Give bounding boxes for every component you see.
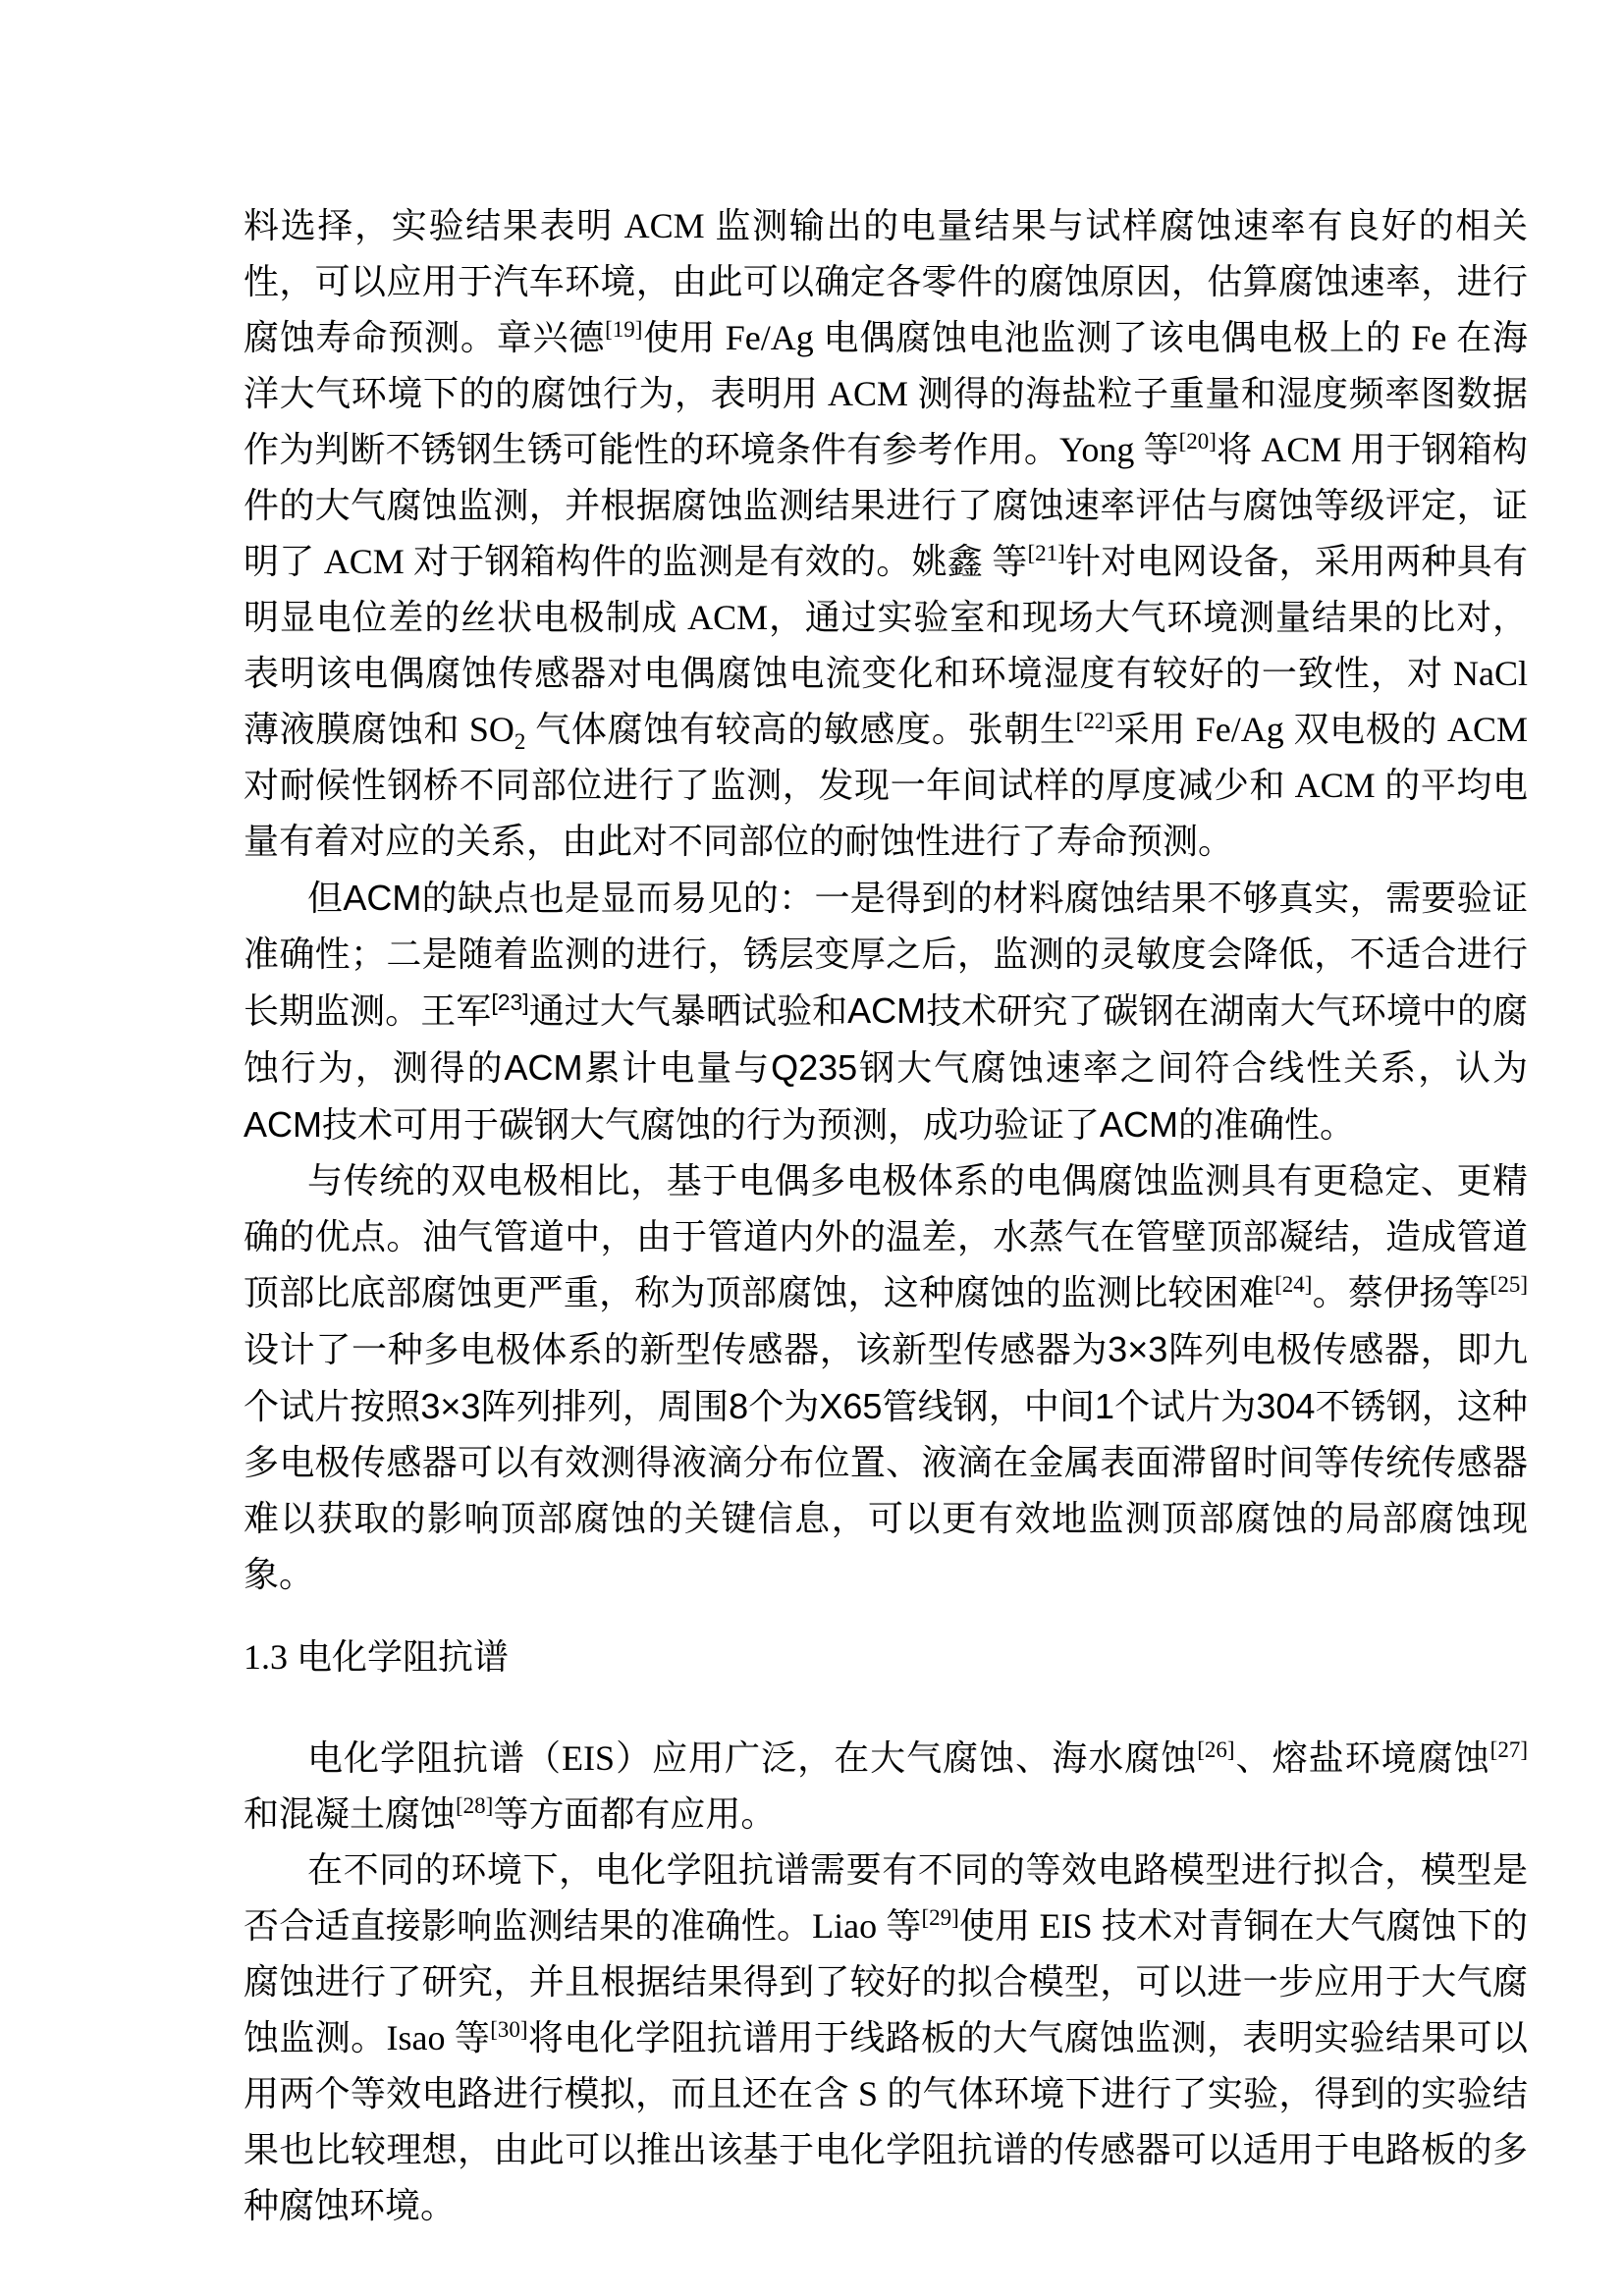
reference-superscript: [25] xyxy=(1490,1272,1528,1297)
text-run: ACM xyxy=(847,990,926,1031)
text-run: 管线钢，中间 xyxy=(882,1387,1095,1426)
text-run: ACM xyxy=(343,878,421,918)
text-run: 8 xyxy=(729,1386,748,1426)
text-run: ACM xyxy=(505,1047,583,1088)
chemical-subscript: 2 xyxy=(514,729,526,754)
reference-superscript: [20] xyxy=(1179,429,1217,454)
reference-superscript: [28] xyxy=(456,1793,493,1818)
text-run: 等方面都有应用。 xyxy=(493,1794,776,1834)
reference-superscript: [22] xyxy=(1076,709,1113,733)
text-run: 通过大气暴晒试验和 xyxy=(529,991,847,1031)
reference-superscript: [26] xyxy=(1197,1737,1234,1762)
document-content: 料选择，实验结果表明 ACM 监测输出的电量结果与试样腐蚀速率有良好的相关性，可… xyxy=(244,198,1528,2234)
reference-superscript: [30] xyxy=(490,2017,527,2042)
text-run: 1 xyxy=(1095,1386,1114,1426)
text-run: ACM xyxy=(1100,1104,1178,1145)
text-run: 和混凝土腐蚀 xyxy=(244,1794,456,1834)
text-run: 电化学阻抗谱（EIS）应用广泛，在大气腐蚀、海水腐蚀 xyxy=(307,1738,1197,1778)
reference-superscript: [29] xyxy=(922,1905,959,1930)
text-run: 阵列排列，周围 xyxy=(480,1387,729,1426)
text-run: ACM xyxy=(244,1104,322,1145)
text-run: 钢大气腐蚀速率之间符合线性关系，认为 xyxy=(857,1048,1528,1088)
text-run: Q235 xyxy=(771,1047,857,1088)
text-run: 3×3 xyxy=(420,1386,480,1426)
text-run: 1.3 电化学阻抗谱 xyxy=(244,1637,509,1677)
paragraph-acm-monitoring: 料选择，实验结果表明 ACM 监测输出的电量结果与试样腐蚀速率有良好的相关性，可… xyxy=(244,198,1528,870)
section-heading-1-3: 1.3 电化学阻抗谱 xyxy=(244,1629,1528,1685)
reference-superscript: [19] xyxy=(605,317,642,342)
reference-superscript: [27] xyxy=(1490,1737,1528,1762)
document-page: 料选择，实验结果表明 ACM 监测输出的电量结果与试样腐蚀速率有良好的相关性，可… xyxy=(0,0,1624,2296)
text-run: 技术可用于碳钢大气腐蚀的行为预测，成功验证了 xyxy=(322,1105,1100,1145)
reference-superscript: [21] xyxy=(1027,541,1064,565)
text-run: 个为 xyxy=(748,1387,819,1426)
text-run: 。蔡伊扬等 xyxy=(1312,1273,1489,1312)
text-run: 304 xyxy=(1256,1386,1315,1426)
text-run: 但 xyxy=(307,879,343,918)
paragraph-eis-equivalent-circuits: 在不同的环境下，电化学阻抗谱需要有不同的等效电路模型进行拟合，模型是否合适直接影… xyxy=(244,1842,1528,2234)
paragraph-eis-applications: 电化学阻抗谱（EIS）应用广泛，在大气腐蚀、海水腐蚀[26]、熔盐环境腐蚀[27… xyxy=(244,1731,1528,1842)
reference-superscript: [24] xyxy=(1274,1272,1312,1297)
text-run: 设计了一种多电极体系的新型传感器，该新型传感器为 xyxy=(244,1330,1108,1369)
text-run: 、熔盐环境腐蚀 xyxy=(1235,1738,1490,1778)
paragraph-acm-drawbacks: 但ACM的缺点也是显而易见的：一是得到的材料腐蚀结果不够真实，需要验证准确性；二… xyxy=(244,870,1528,1153)
paragraph-multi-electrode-sensor: 与传统的双电极相比，基于电偶多电极体系的电偶腐蚀监测具有更稳定、更精确的优点。油… xyxy=(244,1153,1528,1603)
text-run: 气体腐蚀有较高的敏感度。张朝生 xyxy=(525,710,1075,749)
text-run: 3×3 xyxy=(1108,1329,1167,1369)
text-run: 的准确性。 xyxy=(1178,1105,1355,1145)
text-run: 个试片为 xyxy=(1114,1387,1256,1426)
text-run: X65 xyxy=(819,1386,882,1426)
text-run: 累计电量与 xyxy=(583,1048,772,1088)
reference-superscript: [23] xyxy=(491,989,528,1015)
